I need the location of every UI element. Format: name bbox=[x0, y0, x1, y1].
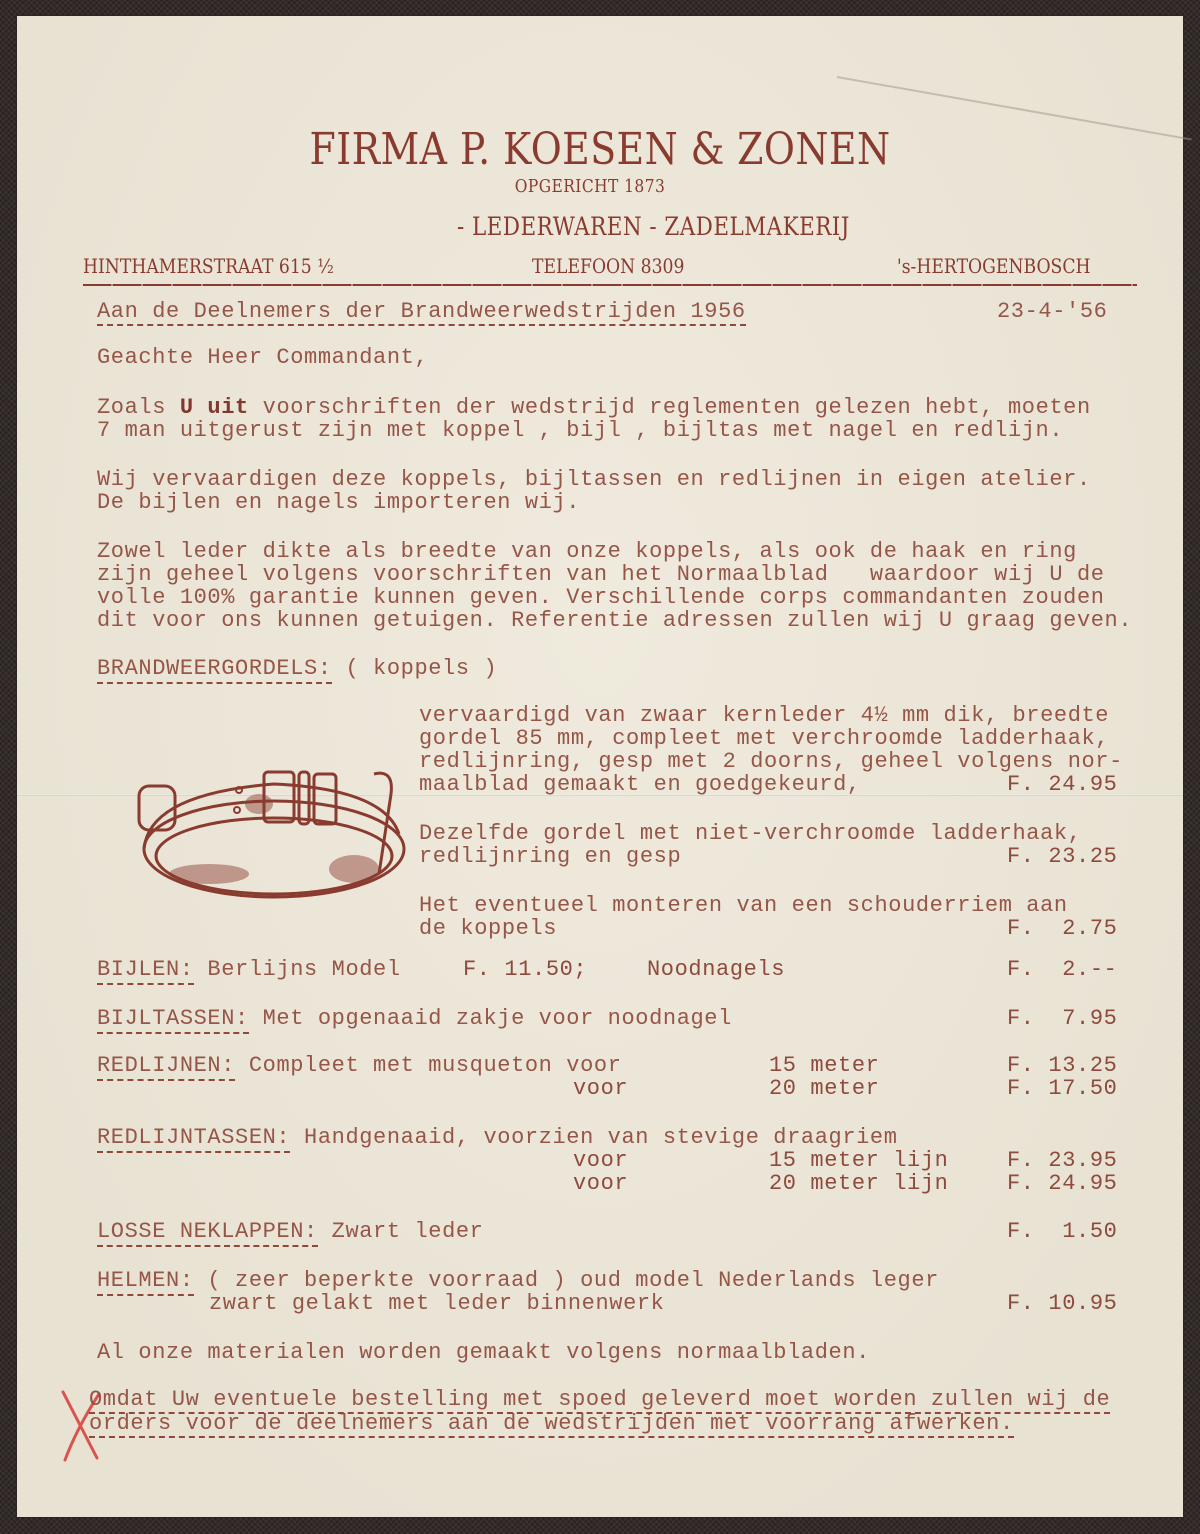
gordel-item-3-line-1: Het eventueel monteren van een schouderr… bbox=[419, 894, 1068, 917]
section-redlijnen: REDLIJNEN: Compleet met musqueton voor bbox=[97, 1054, 622, 1077]
redlijntas-length-2: 20 meter lijn bbox=[769, 1172, 948, 1195]
bijlen-price: F. 11.50; bbox=[463, 958, 587, 981]
section-heading: LOSSE NEKLAPPEN: bbox=[97, 1219, 318, 1247]
item-description: Handgenaaid, voorzien van stevige draagr… bbox=[290, 1125, 897, 1150]
gordel-item-2-price: F. 23.25 bbox=[1007, 845, 1117, 868]
section-redlijntassen: REDLIJNTASSEN: Handgenaaid, voorzien van… bbox=[97, 1126, 898, 1149]
noodnagels-label: Noodnagels bbox=[647, 958, 785, 981]
redlijntas-length-1: 15 meter lijn bbox=[769, 1149, 948, 1172]
section-neklappen: LOSSE NEKLAPPEN: Zwart leder bbox=[97, 1220, 483, 1243]
paragraph-3-line-4: dit voor ons kunnen getuigen. Referentie… bbox=[97, 609, 1132, 632]
gordel-item-1-line-1: vervaardigd van zwaar kernleder 4½ mm di… bbox=[419, 704, 1109, 727]
helmen-price: F. 10.95 bbox=[1007, 1292, 1117, 1315]
redlijn-price-1: F. 13.25 bbox=[1007, 1054, 1117, 1077]
item-description: ( zeer beperkte voorraad ) oud model Ned… bbox=[194, 1268, 939, 1293]
gordel-item-3-line-2: de koppels bbox=[419, 917, 557, 940]
company-name: FIRMA P. KOESEN & ZONEN bbox=[99, 124, 1102, 175]
notice-line-2: orders voor de deelnemers aan de wedstri… bbox=[89, 1412, 1014, 1438]
redlijn-length-2: 20 meter bbox=[769, 1077, 879, 1100]
salutation: Geachte Heer Commandant, bbox=[97, 346, 428, 369]
paragraph-3-line-2: zijn geheel volgens voorschriften van he… bbox=[97, 563, 1105, 586]
text-fragment: voorschriften der wedstrijd reglementen … bbox=[249, 395, 1091, 420]
letter-page: FIRMA P. KOESEN & ZONEN OPGERICHT 1873 -… bbox=[17, 16, 1183, 1517]
noodnagels-price: F. 2.-- bbox=[1007, 958, 1117, 981]
redlijn-length-1: 15 meter bbox=[769, 1054, 879, 1077]
section-helmen: HELMEN: ( zeer beperkte voorraad ) oud m… bbox=[97, 1269, 939, 1292]
item-description: Berlijns Model bbox=[194, 957, 401, 982]
redlijn-voor-2: voor bbox=[573, 1077, 628, 1100]
gordel-item-1-price: F. 24.95 bbox=[1007, 773, 1117, 796]
paragraph-1-line-1: Zoals U uit voorschriften der wedstrijd … bbox=[97, 396, 1091, 419]
redlijntas-voor-1: voor bbox=[573, 1149, 628, 1172]
gordel-item-1-line-4: maalblad gemaakt en goedgekeurd, bbox=[419, 773, 861, 796]
letterhead-divider bbox=[83, 284, 1137, 286]
neklappen-price: F. 1.50 bbox=[1007, 1220, 1117, 1243]
section-bijltassen: BIJLTASSEN: Met opgenaaid zakje voor noo… bbox=[97, 1007, 732, 1030]
paragraph-3-line-1: Zowel leder dikte als breedte van onze k… bbox=[97, 540, 1077, 563]
section-heading: REDLIJNEN: bbox=[97, 1053, 235, 1081]
paragraph-3-line-3: volle 100% garantie kunnen geven. Versch… bbox=[97, 586, 1105, 609]
gordel-item-2-line-1: Dezelfde gordel met niet-verchroomde lad… bbox=[419, 822, 1082, 845]
helmen-line-2: zwart gelakt met leder binnenwerk bbox=[209, 1292, 664, 1315]
gordel-item-1-line-2: gordel 85 mm, compleet met verchroomde l… bbox=[419, 727, 1109, 750]
redlijntas-price-2: F. 24.95 bbox=[1007, 1172, 1117, 1195]
section-bijlen: BIJLEN: Berlijns Model bbox=[97, 958, 401, 981]
paragraph-2-line-1: Wij vervaardigen deze koppels, bijltasse… bbox=[97, 468, 1091, 491]
section-subheading: ( koppels ) bbox=[332, 656, 498, 681]
bijltassen-price: F. 7.95 bbox=[1007, 1007, 1117, 1030]
item-description: Met opgenaaid zakje voor noodnagel bbox=[249, 1006, 732, 1031]
founded-line: OPGERICHT 1873 bbox=[89, 176, 1092, 197]
section-heading: REDLIJNTASSEN: bbox=[97, 1125, 290, 1153]
closing-line: Al onze materialen worden gemaakt volgen… bbox=[97, 1341, 870, 1364]
section-heading: BRANDWEERGORDELS: bbox=[97, 656, 332, 684]
company-address: HINTHAMERSTRAAT 615 ½ bbox=[83, 254, 334, 278]
redlijntas-price-1: F. 23.95 bbox=[1007, 1149, 1117, 1172]
text-fragment: Zoals bbox=[97, 395, 180, 420]
belt-illustration bbox=[129, 764, 419, 904]
redlijntas-voor-2: voor bbox=[573, 1172, 628, 1195]
paragraph-1-line-2: 7 man uitgerust zijn met koppel , bijl ,… bbox=[97, 419, 1063, 442]
section-heading: BIJLEN: bbox=[97, 957, 194, 985]
text-fragment-overtyped: U uit bbox=[180, 395, 249, 420]
letter-date: 23-4-'56 bbox=[997, 300, 1107, 323]
gordel-item-3-price: F. 2.75 bbox=[1007, 917, 1117, 940]
company-phone: TELEFOON 8309 bbox=[532, 254, 684, 278]
gordel-item-1-line-3: redlijnring, gesp met 2 doorns, geheel v… bbox=[419, 750, 1123, 773]
paragraph-2-line-2: De bijlen en nagels importeren wij. bbox=[97, 491, 580, 514]
gordel-item-2-line-2: redlijnring en gesp bbox=[419, 845, 681, 868]
redlijn-price-2: F. 17.50 bbox=[1007, 1077, 1117, 1100]
item-description: Compleet met musqueton voor bbox=[235, 1053, 621, 1078]
recipient-line: Aan de Deelnemers der Brandweerwedstrijd… bbox=[97, 300, 746, 326]
section-heading: HELMEN: bbox=[97, 1268, 194, 1296]
trade-line: - LEDERWAREN - ZADELMAKERIJ bbox=[457, 212, 904, 241]
item-description: Zwart leder bbox=[318, 1219, 484, 1244]
company-city: 's-HERTOGENBOSCH bbox=[897, 254, 1091, 278]
section-gordels-heading: BRANDWEERGORDELS: ( koppels ) bbox=[97, 657, 497, 680]
section-heading: BIJLTASSEN: bbox=[97, 1006, 249, 1034]
